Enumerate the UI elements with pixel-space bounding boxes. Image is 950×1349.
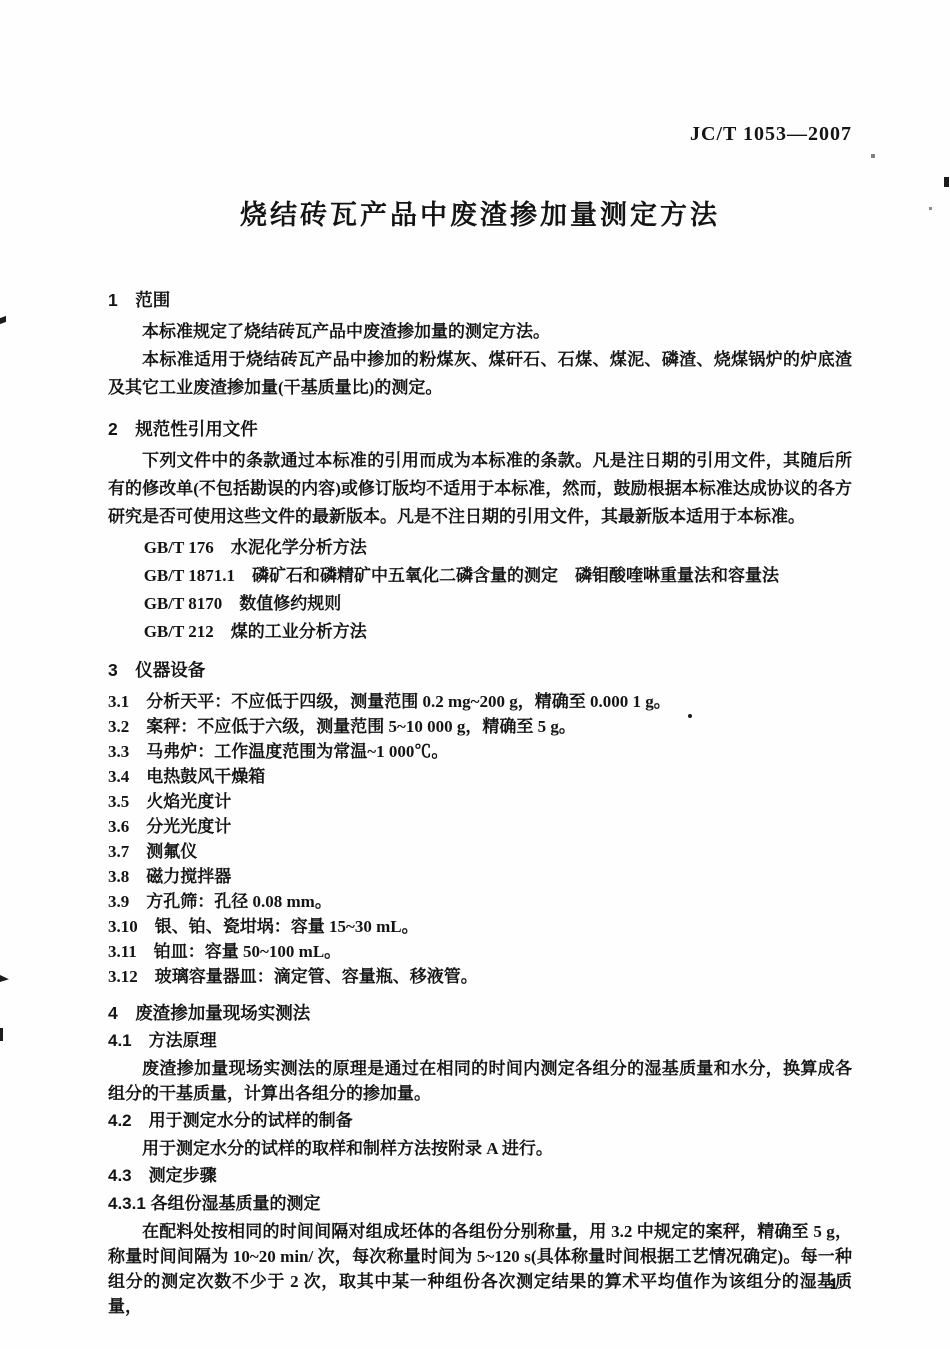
section-1-paragraph-2: 本标准适用于烧结砖瓦产品中掺加的粉煤灰、煤矸石、石煤、煤泥、磷渣、烧煤锅炉的炉底…: [108, 346, 852, 402]
scan-artifact: [929, 207, 932, 210]
section-4-2-paragraph: 用于测定水分的试样的取样和制样方法按附录 A 进行。: [108, 1136, 852, 1161]
reference-item: GB/T 1871.1 磷矿石和磷精矿中五氧化二磷含量的测定 磷钼酸喹啉重量法和…: [144, 562, 852, 590]
scan-artifact: [944, 177, 949, 187]
page-number: 1: [830, 1274, 839, 1294]
document-title: 烧结砖瓦产品中废渣掺加量测定方法: [108, 198, 852, 232]
apparatus-item: 3.9 方孔筛：孔径 0.08 mm。: [108, 889, 852, 914]
section-1-heading: 1 范围: [108, 288, 852, 313]
section-4-1-heading: 4.1 方法原理: [108, 1028, 852, 1054]
section-4-3-1-heading: 4.3.1 各组份湿基质量的测定: [108, 1191, 852, 1217]
apparatus-item: 3.10 银、铂、瓷坩埚：容量 15~30 mL。: [108, 914, 852, 939]
apparatus-item: 3.2 案秤：不应低于六级，测量范围 5~10 000 g，精确至 5 g。: [108, 714, 852, 739]
section-4-heading: 4 废渣掺加量现场实测法: [108, 1001, 852, 1026]
section-1-paragraph-1: 本标准规定了烧结砖瓦产品中废渣掺加量的测定方法。: [108, 318, 852, 346]
scan-artifact: [0, 975, 9, 982]
apparatus-list: 3.1 分析天平：不应低于四级，测量范围 0.2 mg~200 g，精确至 0.…: [108, 689, 852, 989]
standard-code: JC/T 1053—2007: [108, 122, 852, 146]
section-4-3-heading: 4.3 测定步骤: [108, 1163, 852, 1189]
section-4-1-paragraph: 废渣掺加量现场实测法的原理是通过在相同的时间内测定各组分的湿基质量和水分，换算成…: [108, 1056, 852, 1106]
section-2-heading: 2 规范性引用文件: [108, 417, 852, 442]
scan-artifact: [0, 316, 6, 324]
reference-item: GB/T 176 水泥化学分析方法: [144, 534, 852, 562]
scan-artifact: [688, 714, 692, 718]
apparatus-item: 3.4 电热鼓风干燥箱: [108, 764, 852, 789]
apparatus-item: 3.1 分析天平：不应低于四级，测量范围 0.2 mg~200 g，精确至 0.…: [108, 689, 852, 714]
document-page: JC/T 1053—2007 烧结砖瓦产品中废渣掺加量测定方法 1 范围 本标准…: [0, 0, 950, 1349]
scan-artifact: [871, 154, 875, 158]
apparatus-item: 3.8 磁力搅拌器: [108, 864, 852, 889]
apparatus-item: 3.3 马弗炉：工作温度范围为常温~1 000℃。: [108, 739, 852, 764]
section-2-paragraph-1: 下列文件中的条款通过本标准的引用而成为本标准的条款。凡是注日期的引用文件，其随后…: [108, 447, 852, 531]
section-4-2-heading: 4.2 用于测定水分的试样的制备: [108, 1108, 852, 1134]
reference-item: GB/T 8170 数值修约规则: [144, 590, 852, 618]
scan-artifact: [0, 1028, 3, 1041]
reference-item: GB/T 212 煤的工业分析方法: [144, 618, 852, 646]
section-4-3-1-paragraph: 在配料处按相同的时间间隔对组成坯体的各组份分别称量，用 3.2 中规定的案秤，精…: [108, 1219, 852, 1319]
normative-references-list: GB/T 176 水泥化学分析方法 GB/T 1871.1 磷矿石和磷精矿中五氧…: [108, 534, 852, 646]
apparatus-item: 3.7 测氟仪: [108, 839, 852, 864]
apparatus-item: 3.11 铂皿：容量 50~100 mL。: [108, 939, 852, 964]
section-3-heading: 3 仪器设备: [108, 658, 852, 683]
apparatus-item: 3.12 玻璃容量器皿：滴定管、容量瓶、移液管。: [108, 964, 852, 989]
apparatus-item: 3.5 火焰光度计: [108, 789, 852, 814]
apparatus-item: 3.6 分光光度计: [108, 814, 852, 839]
document-content: JC/T 1053—2007 烧结砖瓦产品中废渣掺加量测定方法 1 范围 本标准…: [108, 0, 852, 1319]
